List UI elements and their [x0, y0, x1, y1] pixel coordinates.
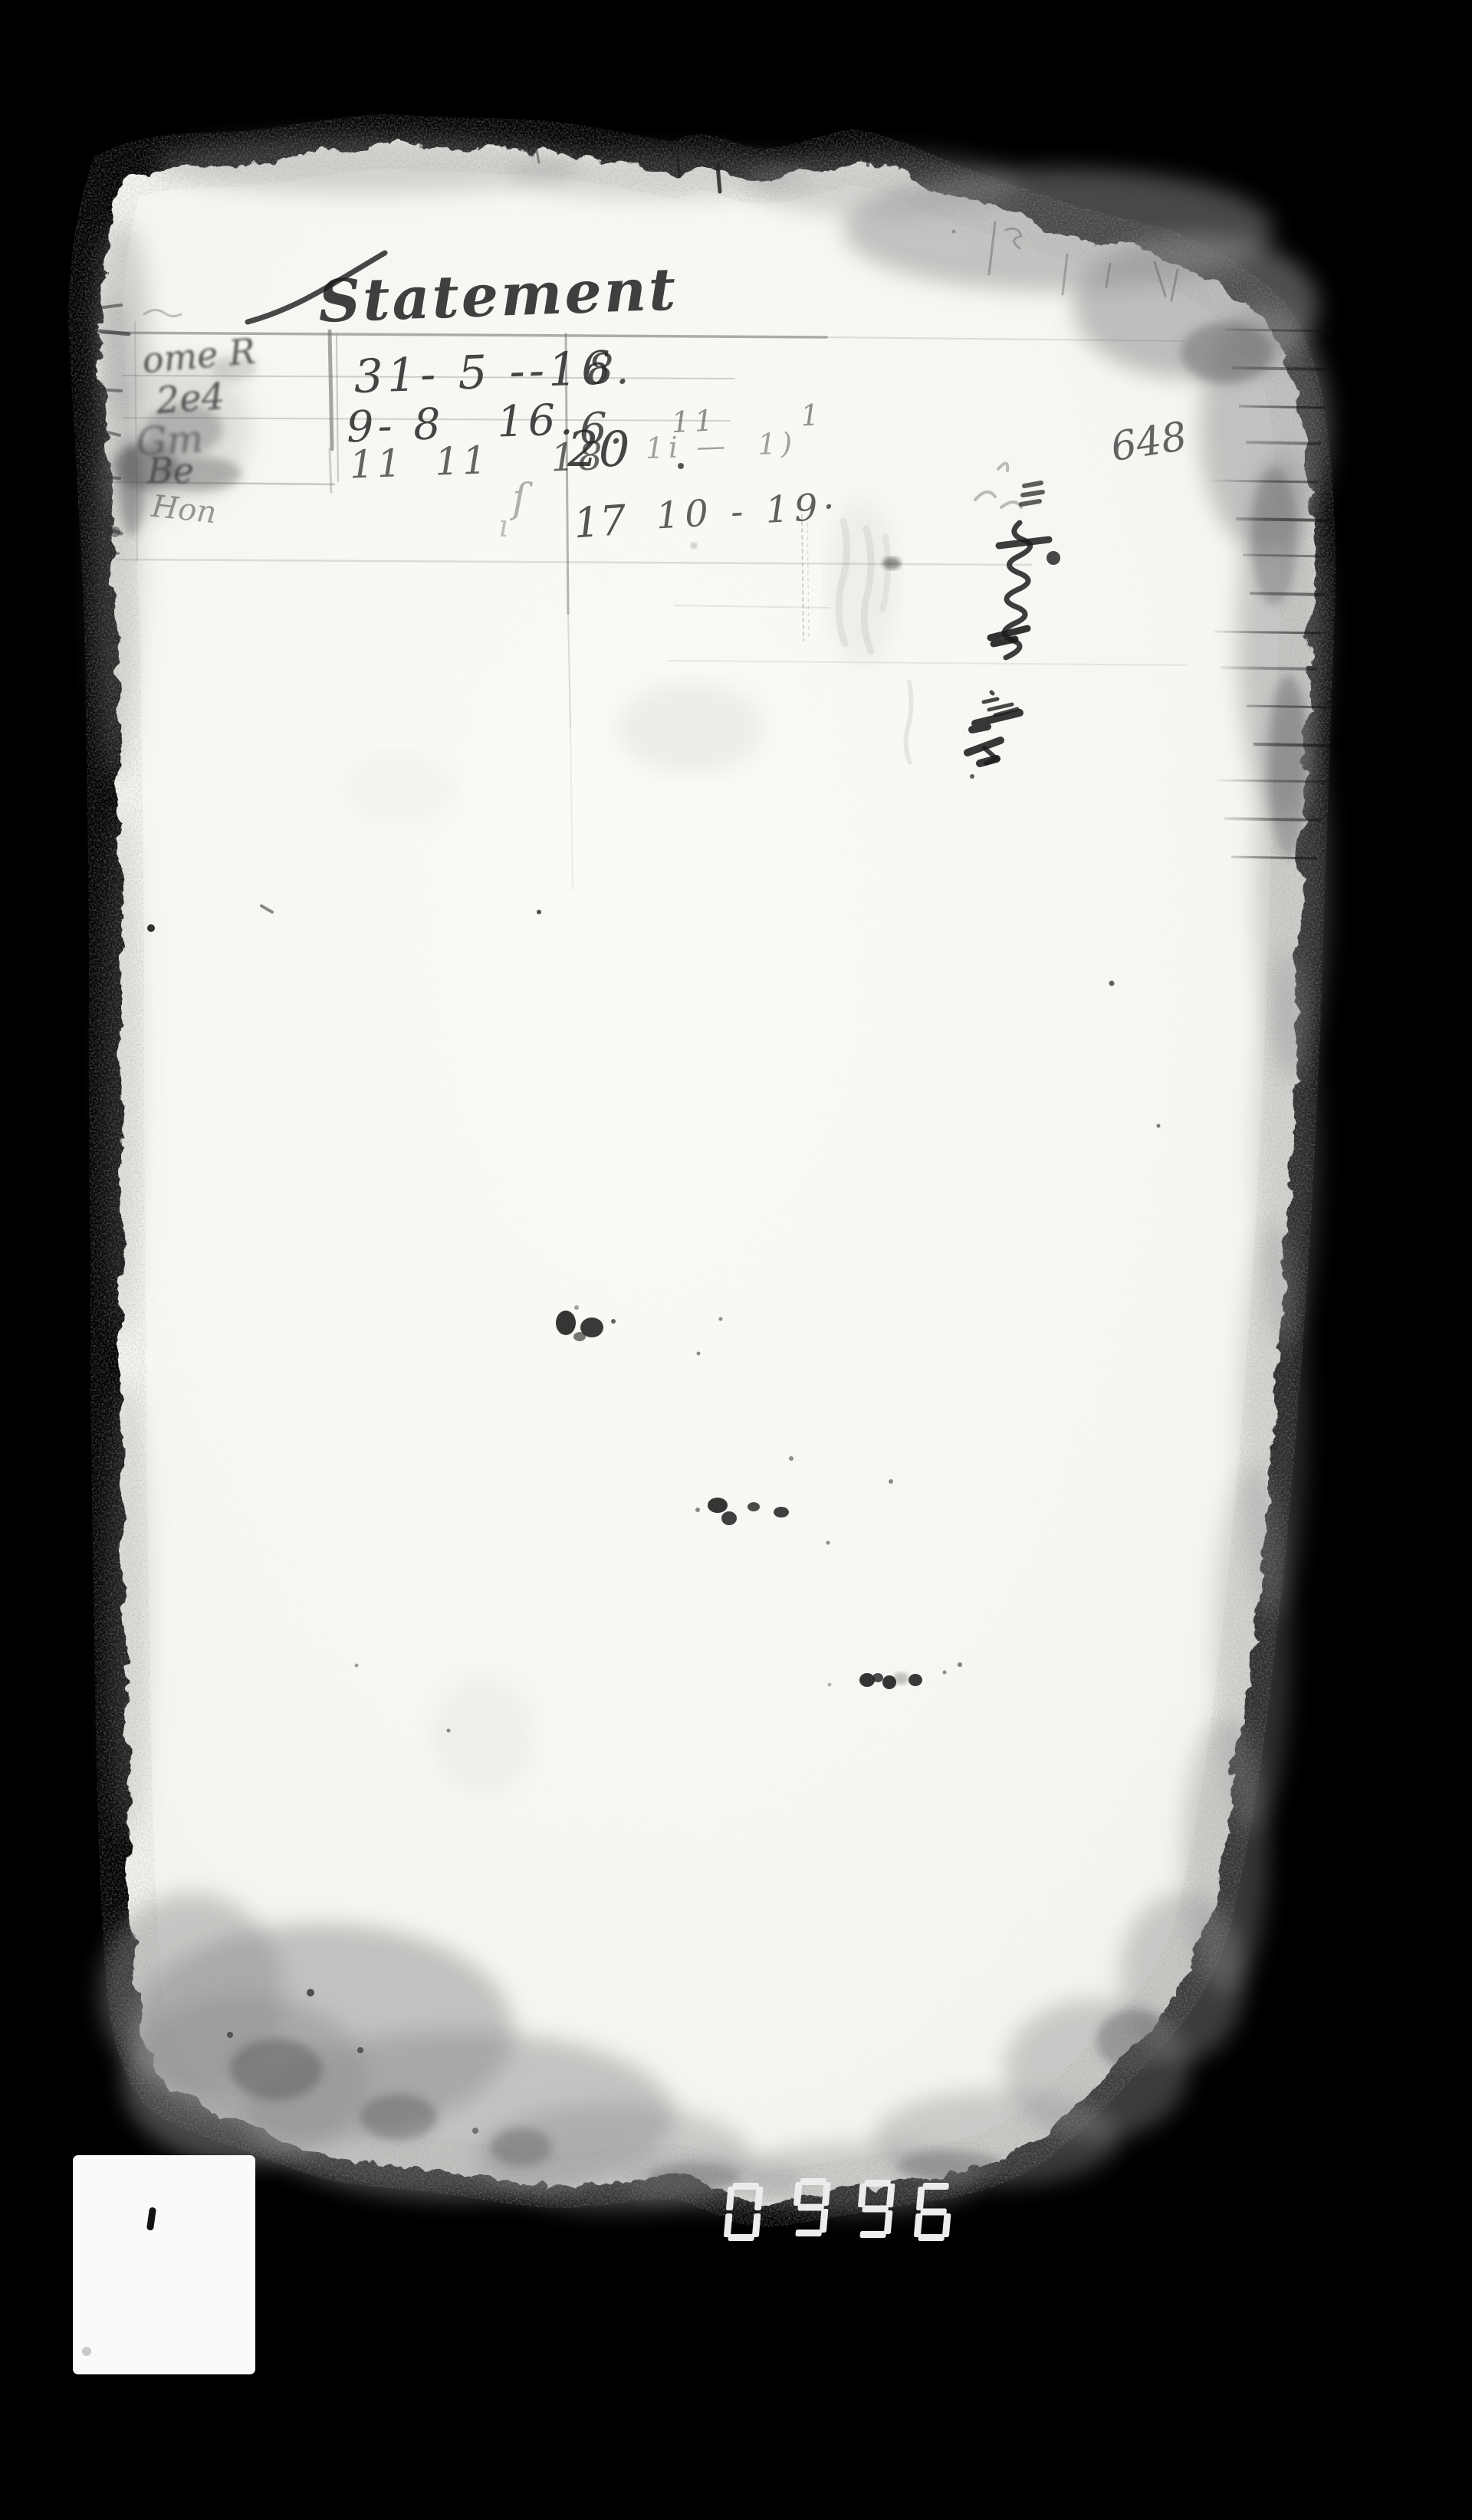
cell-mark: ı: [498, 509, 508, 544]
ruled-line-dash: [1232, 368, 1329, 369]
cell-value: 17: [572, 496, 629, 548]
ruled-line-dash: [1246, 442, 1321, 444]
cell-date: 31- 5 --16: [353, 341, 615, 404]
ruled-line-dash: [1225, 330, 1332, 331]
cell-value: 20: [567, 422, 629, 478]
ruled-line-dash: [1253, 744, 1329, 746]
ruled-line-dash: [1239, 406, 1325, 408]
cell-marks: 1i — 1): [645, 426, 797, 465]
ruled-line-dash: [1221, 668, 1317, 669]
ruled-line-dash: [1214, 632, 1321, 633]
scanned-document-page: Statement ome R 2e4 Gm Be Hon 31- 5 --16…: [0, 0, 1472, 2520]
row-label: Hon: [149, 489, 218, 531]
ruled-line-dash: [1243, 555, 1329, 556]
ruled-line-dash: [1217, 780, 1325, 782]
cell-value: 8.: [587, 345, 632, 393]
reference-card: [73, 2155, 255, 2374]
heading-statement: Statement: [317, 254, 679, 335]
ruled-line-dash: [1231, 857, 1317, 858]
ruled-line-dash: [1247, 706, 1332, 707]
ruled-line-dash: [1250, 593, 1325, 595]
ruled-line-dash: [1236, 519, 1332, 520]
ruled-line-dash: [1210, 481, 1317, 482]
ruled-line-dash: [1224, 819, 1321, 820]
